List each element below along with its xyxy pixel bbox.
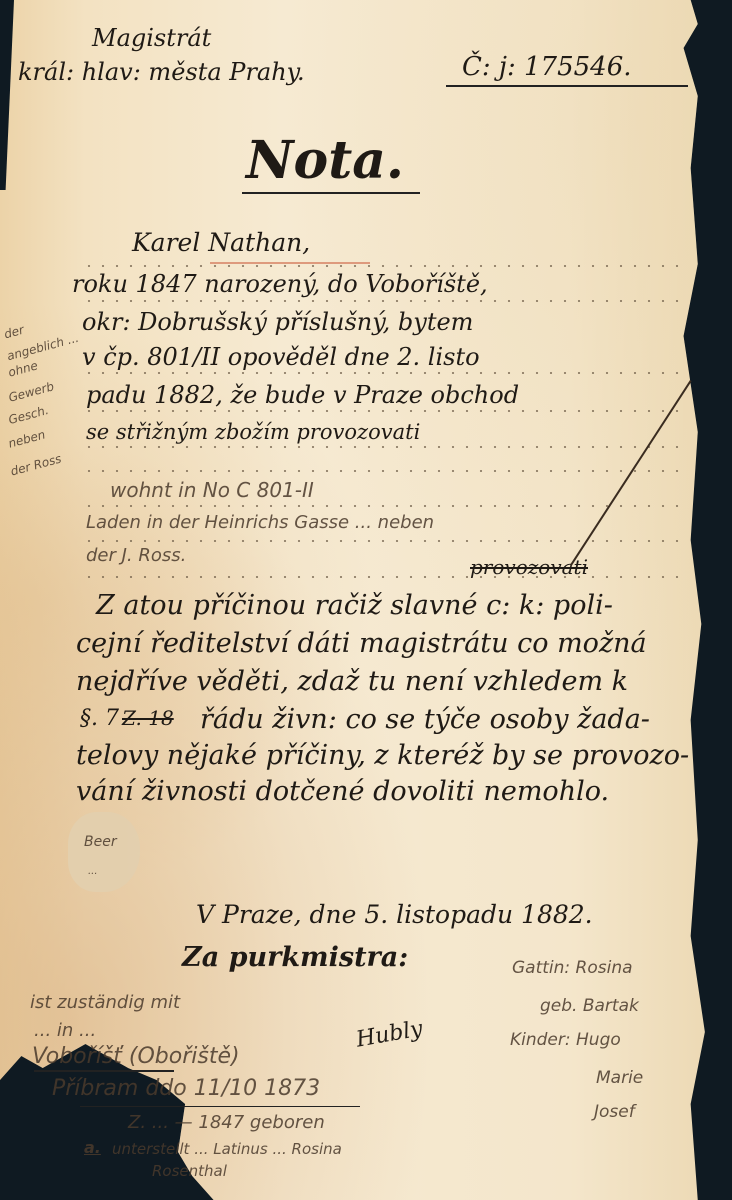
- request-line-3: nejdříve věděti, zdaž tu není vzhledem k: [76, 666, 628, 697]
- place-date: V Praze, dne 5. listopadu 1882.: [196, 900, 593, 929]
- section-ref: §. 7: [80, 706, 119, 731]
- applicant-name: Karel Nathan,: [132, 228, 310, 257]
- patch-note-2: ...: [88, 866, 98, 877]
- police-note-2: ... in ...: [34, 1020, 96, 1041]
- request-line-1: Z atou příčinou račiž slavné c: k: poli-: [96, 590, 613, 621]
- insert-line-1: wohnt in No C 801-II: [110, 478, 314, 502]
- dotted-guide: [82, 576, 682, 578]
- name-underline: [210, 262, 370, 264]
- dotted-guide: [82, 265, 682, 267]
- patch-note-1: Beer: [84, 834, 117, 850]
- family-note-1: Gattin: Rosina: [512, 958, 633, 978]
- body-line-4: padu 1882, že bude v Praze obchod: [86, 381, 519, 409]
- police-note-underline: [34, 1070, 174, 1072]
- body-line-3: v čp. 801/II opověděl dne 2. listo: [82, 343, 480, 371]
- police-note-1: ist zuständig mit: [30, 992, 180, 1013]
- family-note-2: geb. Bartak: [540, 996, 639, 1016]
- authority-line-2: král: hlav: města Prahy.: [18, 58, 305, 86]
- dotted-guide: [82, 372, 682, 374]
- struck-word: provozovati: [470, 555, 588, 579]
- reference-underline: [446, 85, 688, 87]
- title-underline: [242, 192, 420, 194]
- police-note-3: Voboříšť (Obořiště): [32, 1044, 240, 1069]
- for-mayor: Za purkmistra:: [182, 942, 408, 973]
- dotted-guide: [82, 540, 682, 542]
- police-note-4: Příbram ddo 11/10 1873: [52, 1076, 320, 1101]
- request-line-5: telovy nějaké příčiny, z kteréž by se pr…: [76, 740, 689, 771]
- request-line-6: vání živnosti dotčené dovoliti nemohlo.: [76, 776, 609, 807]
- dotted-guide: [82, 410, 682, 412]
- insert-line-3: der J. Ross.: [86, 545, 186, 566]
- body-line-1: roku 1847 narozený, do Voboříště,: [72, 270, 488, 298]
- request-line-4: řádu živn: co se týče osoby žada-: [200, 704, 650, 735]
- body-line-5: se střižným zbožím provozovati: [86, 420, 420, 444]
- police-note-7: Rosenthal: [152, 1162, 227, 1180]
- dotted-guide: [82, 300, 682, 302]
- dotted-guide: [82, 446, 682, 448]
- body-line-2: okr: Dobrušský příslušný, bytem: [82, 308, 473, 336]
- police-note-underline: [80, 1106, 360, 1107]
- paper-patch: [68, 812, 140, 892]
- request-line-2: cejní ředitelství dáti magistrátu co mož…: [76, 628, 647, 659]
- reference-number: Č: j: 175546.: [462, 52, 632, 82]
- police-note-marker: a.: [84, 1138, 101, 1157]
- police-note-6: unterstellt ... Latinus ... Rosina: [112, 1140, 342, 1158]
- dotted-guide: [82, 505, 682, 507]
- family-note-4: Marie: [596, 1068, 643, 1088]
- dotted-guide: [82, 470, 682, 472]
- section-ref-struck: Z. 18: [122, 706, 174, 730]
- family-note-3: Kinder: Hugo: [510, 1030, 621, 1050]
- family-note-5: Josef: [594, 1102, 635, 1122]
- police-note-5: Z. ... — 1847 geboren: [128, 1112, 325, 1133]
- page-title: Nota.: [246, 130, 404, 191]
- insert-line-2: Laden in der Heinrichs Gasse ... neben: [86, 512, 434, 533]
- authority-line-1: Magistrát: [92, 24, 211, 52]
